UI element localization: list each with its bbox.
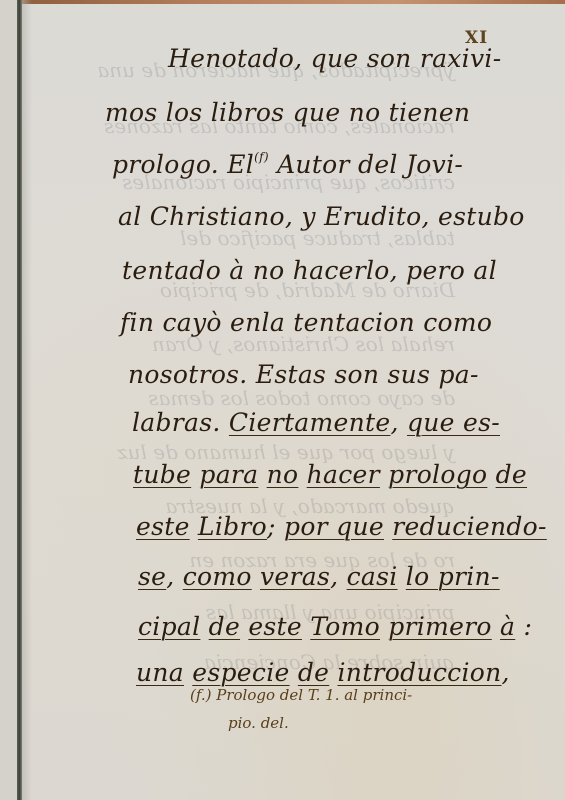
- text-line: mos los libros que no tienen: [105, 98, 470, 127]
- footnote-line-1: (f.) Prologo del T. 1. al princi-: [190, 686, 412, 704]
- text-line: tube para no hacer prologo de: [133, 460, 527, 489]
- text-line: Henotado, que son raxivi-: [168, 44, 501, 73]
- footnote-line-2: pio. del.: [228, 714, 289, 732]
- text-line: fin cayò enla tentacion como: [120, 308, 492, 337]
- text-line: prologo. El(f) Autor del Jovi-: [112, 150, 463, 179]
- text-line: labras. Ciertamente, que es-: [132, 408, 500, 437]
- manuscript-text: Henotado, que son raxivi- mos los libros…: [0, 0, 565, 800]
- manuscript-page: ÿprecipitados, que nacieron de una racio…: [0, 0, 565, 800]
- text-line: se, como veras, casi lo prin-: [138, 562, 500, 591]
- text-line: tentado à no hacerlo, pero al: [122, 256, 497, 285]
- text-line: una especie de introduccion,: [136, 658, 510, 687]
- text-line: al Christiano, y Erudito, estubo: [118, 202, 525, 231]
- text-line: nosotros. Estas son sus pa-: [128, 360, 479, 389]
- text-line: cipal de este Tomo primero à :: [138, 612, 532, 641]
- footnote-marker: (f): [254, 150, 269, 164]
- text-line: este Libro; por que reduciendo-: [136, 512, 547, 541]
